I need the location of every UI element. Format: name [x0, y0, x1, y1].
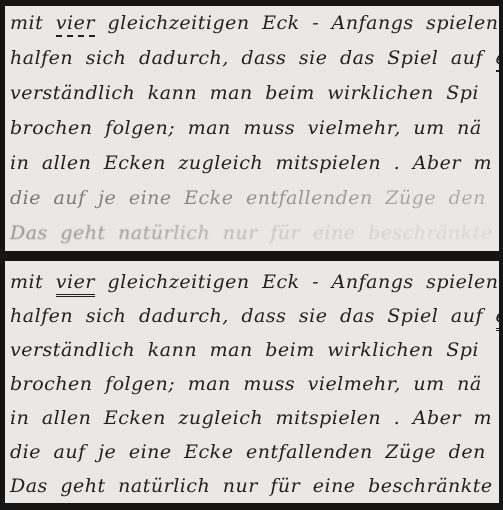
- text-segment: die auf je eine Ecke entfallenden Züge d…: [10, 187, 499, 209]
- handwritten-line: Das geht natürlich nur für eine beschrän…: [5, 469, 499, 503]
- handwritten-line: verständlich kann man beim wirklichen Sp…: [5, 333, 499, 367]
- handwritten-line: in allen Ecken zugleich mitspielen . Abe…: [5, 401, 499, 435]
- scan-panel-degraded: mit vier gleichzeitigen Eck - Anfangs sp…: [5, 6, 499, 251]
- underlined-word: ein: [496, 305, 499, 331]
- text-segment: brochen folgen; man muss vielmehr, um nä: [10, 117, 482, 139]
- text-segment: Das geht natürlich nur für eine beschrän…: [10, 222, 493, 244]
- handwritten-line: die auf je eine Ecke entfallenden Züge d…: [5, 435, 499, 469]
- underlined-word: ein: [496, 47, 499, 72]
- text-segment: brochen folgen; man muss vielmehr, um nä: [10, 373, 482, 395]
- underlined-word: vier: [56, 271, 95, 297]
- panel-separator: [5, 251, 499, 261]
- scan-panel-clean: mit vier gleichzeitigen Eck - Anfangs sp…: [5, 261, 499, 503]
- text-segment: Das geht natürlich nur für eine beschrän…: [10, 475, 493, 497]
- text-segment: halfen sich dadurch, dass sie das Spiel …: [10, 47, 496, 69]
- text-segment: gleichzeitigen Eck - Anfangs spielen: [95, 12, 499, 34]
- handwritten-line: halfen sich dadurch, dass sie das Spiel …: [5, 41, 499, 76]
- text-segment: in allen Ecken zugleich mitspielen . Abe…: [10, 407, 492, 429]
- handwritten-line: brochen folgen; man muss vielmehr, um nä: [5, 367, 499, 401]
- handwritten-line: die auf je eine Ecke entfallenden Züge d…: [5, 181, 499, 216]
- handwritten-line: mit vier gleichzeitigen Eck - Anfangs sp…: [5, 6, 499, 41]
- text-segment: halfen sich dadurch, dass sie das Spiel …: [10, 305, 496, 327]
- text-segment: verständlich kann man beim wirklichen Sp…: [10, 82, 479, 104]
- handwritten-line: halfen sich dadurch, dass sie das Spiel …: [5, 299, 499, 333]
- text-segment: gleichzeitigen Eck - Anfangs spielen: [95, 271, 499, 293]
- handwritten-line: Das geht natürlich nur für eine beschrän…: [5, 216, 499, 251]
- handwritten-line: in allen Ecken zugleich mitspielen . Abe…: [5, 146, 499, 181]
- scan-frame: mit vier gleichzeitigen Eck - Anfangs sp…: [0, 0, 503, 510]
- text-segment: mit: [10, 271, 56, 293]
- text-segment: verständlich kann man beim wirklichen Sp…: [10, 339, 479, 361]
- handwritten-line: brochen folgen; man muss vielmehr, um nä: [5, 111, 499, 146]
- text-segment: mit: [10, 12, 56, 34]
- text-segment: die auf je eine Ecke entfallenden Züge d…: [10, 441, 499, 463]
- handwritten-line: verständlich kann man beim wirklichen Sp…: [5, 76, 499, 111]
- underlined-word: vier: [56, 12, 95, 37]
- text-segment: in allen Ecken zugleich mitspielen . Abe…: [10, 152, 492, 174]
- handwritten-line: mit vier gleichzeitigen Eck - Anfangs sp…: [5, 265, 499, 299]
